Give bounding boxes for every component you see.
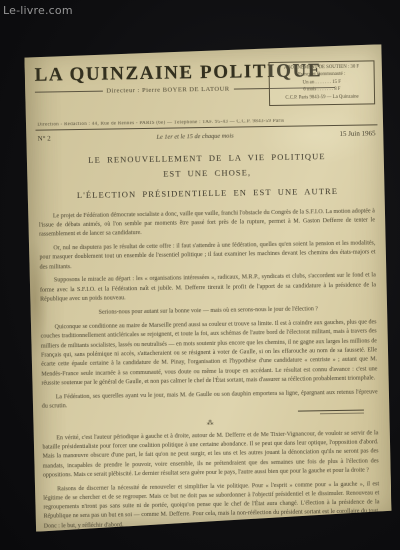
issue-date: 15 Juin 1965 bbox=[339, 129, 375, 138]
director-rule-left bbox=[35, 91, 103, 93]
body-paragraph: Le projet de Fédération démocrate social… bbox=[39, 207, 375, 240]
headline: LE RENOUVELLEMENT DE LA VIE POLITIQUE ES… bbox=[36, 148, 379, 203]
article-body: Le projet de Fédération démocrate social… bbox=[39, 207, 380, 532]
newsletter-title: LA QUINZAINE POLITIQUE bbox=[34, 61, 286, 87]
body-paragraph: Or, nul ne disputera pas le résultat de … bbox=[39, 239, 375, 272]
watermark-le-livre: Le-livre.com bbox=[3, 4, 73, 17]
body-paragraph: Supposons le miracle au départ : les « o… bbox=[40, 272, 376, 305]
body-question-line: Serions-nous pour autant sur la bonne vo… bbox=[40, 304, 376, 319]
end-dash-rule bbox=[298, 409, 364, 411]
address-line: Direction - Rédaction : 44, Rue de Renne… bbox=[35, 117, 377, 130]
body-paragraph: Raisons de discerner la nécessité de ren… bbox=[43, 480, 380, 532]
page-content: LA QUINZAINE POLITIQUE Directeur : Pierr… bbox=[24, 44, 392, 532]
body-paragraph: Quiconque se conditionne au maire de Mar… bbox=[41, 318, 378, 388]
subscription-line: C.C.P. Paris 9843-59 — La Quinzaine bbox=[273, 93, 371, 102]
body-paragraph: En vérité, c'est l'auteur périodique à g… bbox=[42, 429, 379, 481]
headline-line-3: L'ÉLECTION PRÉSIDENTIELLE EN EST UNE AUT… bbox=[36, 183, 378, 203]
body-paragraph: La Fédération, ses querelles ayant vu le… bbox=[42, 388, 378, 412]
scanned-newsletter-page: LA QUINZAINE POLITIQUE Directeur : Pierr… bbox=[24, 44, 392, 532]
masthead: LA QUINZAINE POLITIQUE Directeur : Pierr… bbox=[34, 59, 377, 114]
masthead-left: LA QUINZAINE POLITIQUE Directeur : Pierr… bbox=[34, 61, 286, 96]
subscription-box: ABONNEMENT DE SOUTIEN : 30 F France et C… bbox=[268, 60, 375, 106]
issue-info-row: N° 2 Le 1er et le 15 de chaque mois 15 J… bbox=[36, 129, 378, 142]
issue-number: N° 2 bbox=[38, 134, 51, 142]
end-dash-rule-2 bbox=[320, 412, 364, 414]
director-name: Directeur : Pierre BOYER DE LATOUR bbox=[106, 86, 229, 95]
frequency-note: Le 1er et le 15 de chaque mois bbox=[156, 133, 233, 141]
